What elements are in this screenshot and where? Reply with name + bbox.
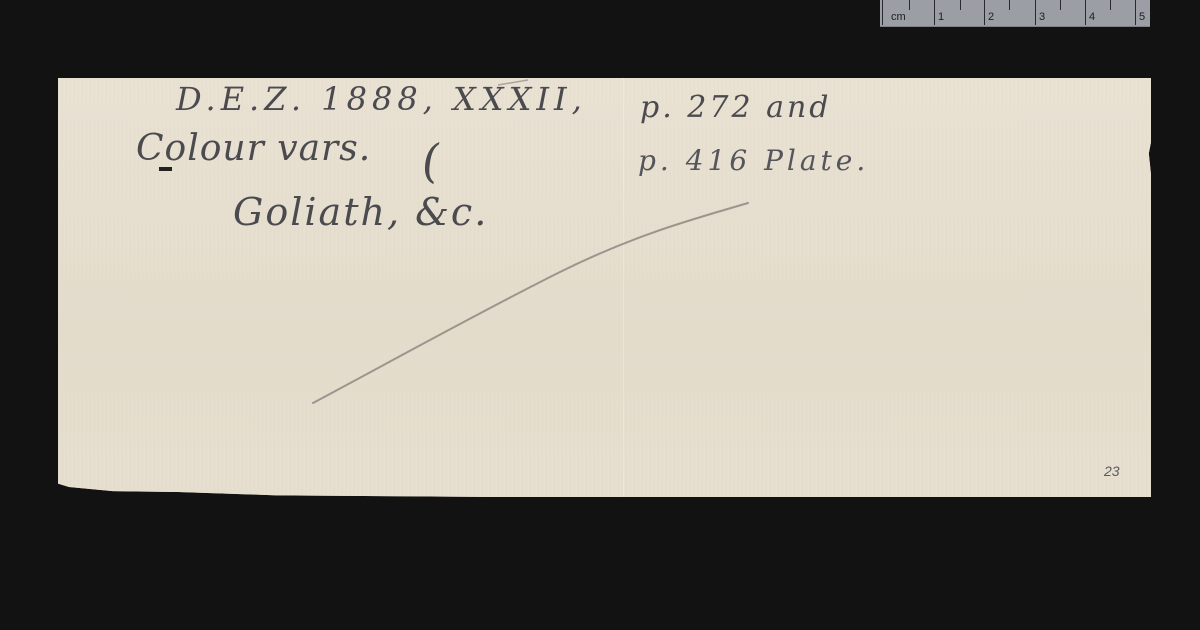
ruler-label-1: 1 [938, 10, 944, 24]
ruler-label-2: 2 [988, 10, 994, 24]
note-line-2-colour-vars: Colour vars. [136, 128, 371, 169]
note-line-1-reference: D.E.Z. 1888, XXXII, [176, 80, 587, 118]
ruler-label-3: 3 [1039, 10, 1045, 24]
paper-fold-line [623, 78, 624, 497]
paper-slip: D.E.Z. 1888, XXXII, p. 272 and Colour va… [58, 78, 1151, 497]
ruler-tick [984, 0, 985, 25]
ruler-tick [909, 0, 910, 10]
ruler-tick [1085, 0, 1086, 25]
ruler-tick [1060, 0, 1061, 10]
ruler-unit-label: cm [891, 10, 906, 24]
page-number: 23 [1104, 463, 1120, 479]
scan-canvas: cm 1 2 3 4 5 D.E.Z. 1888, XXXII, p. 272 … [0, 0, 1200, 630]
note-line-1-pages: p. 272 and [640, 90, 831, 125]
ruler-tick [1035, 0, 1036, 25]
ruler-tick [1110, 0, 1111, 10]
ink-blot [159, 167, 172, 171]
ruler-tick [960, 0, 961, 10]
ruler-tick [882, 0, 883, 25]
scale-ruler: cm 1 2 3 4 5 [880, 0, 1150, 27]
note-bracket: ( [418, 134, 444, 188]
ruler-tick [934, 0, 935, 25]
note-line-3-goliath: Goliath, &c. [233, 190, 488, 234]
ruler-label-4: 4 [1089, 10, 1095, 24]
ruler-tick [1135, 0, 1136, 25]
note-line-2-plate: p. 416 Plate. [638, 144, 869, 177]
ruler-label-5: 5 [1139, 10, 1145, 24]
ruler-tick [1009, 0, 1010, 10]
